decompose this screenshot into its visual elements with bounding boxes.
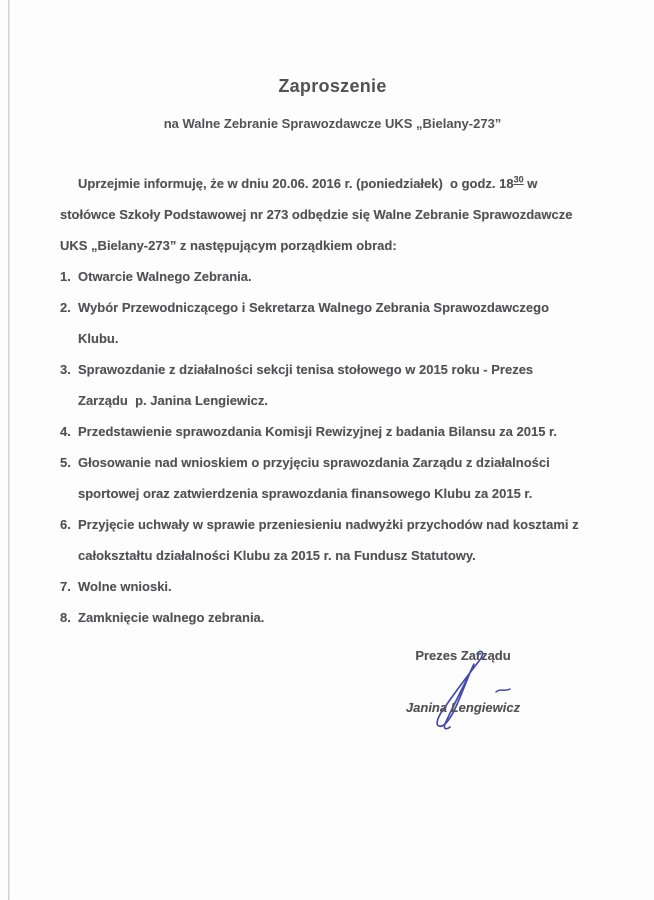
agenda-item-text: Przyjęcie uchwały w sprawie przeniesieni…: [78, 509, 579, 540]
intro-line-1-text: Uprzejmie informuję, że w dniu 20.06. 20…: [78, 176, 514, 191]
agenda-item-line: Zarządu p. Janina Lengiewicz.: [60, 385, 605, 416]
signature-block: Prezes Zarządu Janina Lengiewicz: [393, 648, 533, 663]
agenda-item-line: 8.Zamknięcie walnego zebrania.: [60, 602, 605, 633]
agenda-item-text: Wybór Przewodniczącego i Sekretarza Waln…: [78, 292, 549, 323]
agenda-item-line: 7.Wolne wnioski.: [60, 571, 605, 602]
agenda-item-number: 3.: [60, 354, 78, 385]
meeting-time-superscript: 30: [514, 175, 524, 185]
document-subtitle: na Walne Zebranie Sprawozdawcze UKS „Bie…: [60, 116, 605, 131]
agenda-item-line: 6.Przyjęcie uchwały w sprawie przeniesie…: [60, 509, 605, 540]
agenda-item-text: całokształtu działalności Klubu za 2015 …: [78, 540, 476, 571]
agenda-item-number: 1.: [60, 261, 78, 292]
agenda-item: 4.Przedstawienie sprawozdania Komisji Re…: [60, 416, 605, 447]
agenda-item-line: całokształtu działalności Klubu za 2015 …: [60, 540, 605, 571]
agenda-item-text: Zarządu p. Janina Lengiewicz.: [78, 385, 268, 416]
signature-role: Prezes Zarządu: [393, 648, 533, 663]
agenda-item-line: 1.Otwarcie Walnego Zebrania.: [60, 261, 605, 292]
agenda-item-line: 5.Głosowanie nad wnioskiem o przyjęciu s…: [60, 447, 605, 478]
agenda-item: 7.Wolne wnioski.: [60, 571, 605, 602]
agenda-item-number: [60, 540, 78, 571]
intro-line-3: UKS „Bielany-273” z następującym porządk…: [60, 230, 605, 261]
agenda-item-text: Głosowanie nad wnioskiem o przyjęciu spr…: [78, 447, 550, 478]
agenda-item: 1.Otwarcie Walnego Zebrania.: [60, 261, 605, 292]
agenda-item-number: 7.: [60, 571, 78, 602]
agenda-item-number: [60, 385, 78, 416]
agenda-item-text: Klubu.: [78, 323, 118, 354]
agenda-item-text: Otwarcie Walnego Zebrania.: [78, 261, 252, 292]
agenda-item-text: Wolne wnioski.: [78, 571, 172, 602]
intro-paragraph: Uprzejmie informuję, że w dniu 20.06. 20…: [60, 168, 605, 261]
document-title: Zaproszenie: [60, 76, 605, 97]
agenda-item: 3.Sprawozdanie z działalności sekcji ten…: [60, 354, 605, 416]
agenda-item-number: 6.: [60, 509, 78, 540]
agenda-item-number: [60, 323, 78, 354]
agenda-item: 6.Przyjęcie uchwały w sprawie przeniesie…: [60, 509, 605, 571]
agenda-item-line: Klubu.: [60, 323, 605, 354]
agenda-item-number: 8.: [60, 602, 78, 633]
agenda-item: 8.Zamknięcie walnego zebrania.: [60, 602, 605, 633]
agenda-item-line: 3.Sprawozdanie z działalności sekcji ten…: [60, 354, 605, 385]
intro-line-1-tail: w: [524, 176, 538, 191]
intro-line-2: stołówce Szkoły Podstawowej nr 273 odbęd…: [60, 199, 605, 230]
agenda-item-number: [60, 478, 78, 509]
document-page: Zaproszenie na Walne Zebranie Sprawozdaw…: [0, 0, 654, 900]
agenda-item-line: 2.Wybór Przewodniczącego i Sekretarza Wa…: [60, 292, 605, 323]
signature-name: Janina Lengiewicz: [387, 700, 539, 715]
agenda-item-number: 5.: [60, 447, 78, 478]
agenda-item-text: Sprawozdanie z działalności sekcji tenis…: [78, 354, 533, 385]
agenda-item-number: 4.: [60, 416, 78, 447]
agenda-item: 2.Wybór Przewodniczącego i Sekretarza Wa…: [60, 292, 605, 354]
intro-line-1: Uprzejmie informuję, że w dniu 20.06. 20…: [60, 168, 605, 199]
agenda-item: 5.Głosowanie nad wnioskiem o przyjęciu s…: [60, 447, 605, 509]
agenda-item-line: sportowej oraz zatwierdzenia sprawozdani…: [60, 478, 605, 509]
agenda-item-text: sportowej oraz zatwierdzenia sprawozdani…: [78, 478, 532, 509]
agenda-item-line: 4.Przedstawienie sprawozdania Komisji Re…: [60, 416, 605, 447]
agenda-item-number: 2.: [60, 292, 78, 323]
agenda-item-text: Zamknięcie walnego zebrania.: [78, 602, 264, 633]
document-content: Zaproszenie na Walne Zebranie Sprawozdaw…: [60, 76, 605, 633]
scan-edge-artifact: [8, 0, 10, 900]
agenda-item-text: Przedstawienie sprawozdania Komisji Rewi…: [78, 416, 557, 447]
agenda-list: 1.Otwarcie Walnego Zebrania.2.Wybór Prze…: [60, 261, 605, 633]
